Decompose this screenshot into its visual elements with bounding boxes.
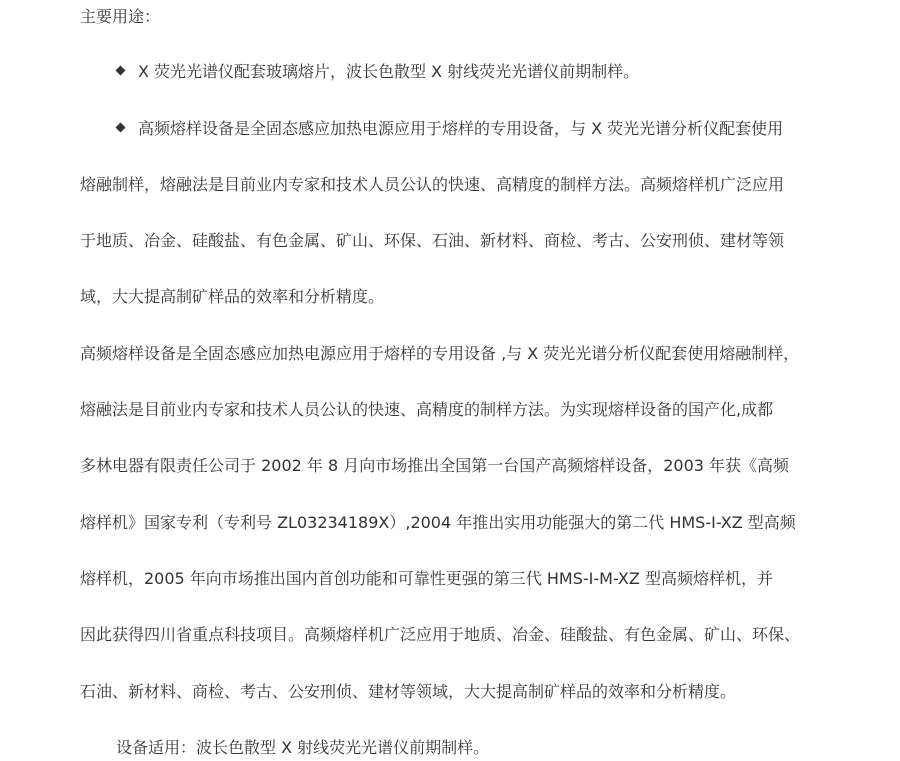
paragraph-line-3: 多林电器有限责任公司于 2002 年 8 月向市场推出全国第一台国产高频熔样设备… — [80, 455, 789, 477]
bullet-item-2-line-3: 于地质、冶金、硅酸盐、有色金属、矿山、环保、石油、新材料、商检、考古、公安刑侦、… — [80, 230, 784, 252]
bullet-item-2-line-2: 熔融制样，熔融法是目前业内专家和技术人员公认的快速、高精度的制样方法。高频熔样机… — [80, 174, 784, 196]
paragraph-line-4: 熔样机》国家专利（专利号 ZL03234189X）,2004 年推出实用功能强大… — [80, 512, 796, 534]
bullet-item-2: 高频熔样设备是全固态感应加热电源应用于熔样的专用设备，与 X 荧光光谱分析仪配套… — [117, 118, 783, 140]
bullet-item-1: X 荧光光谱仪配套玻璃熔片，波长色散型 X 射线荧光光谱仪前期制样。 — [117, 61, 639, 83]
paragraph-line-5: 熔样机，2005 年向市场推出国内首创功能和可靠性更强的第三代 HMS-I-M-… — [80, 568, 773, 590]
section-heading: 主要用途： — [80, 6, 160, 28]
paragraph-line-1: 高频熔样设备是全固态感应加热电源应用于熔样的专用设备 ,与 X 荧光光谱分析仪配… — [80, 343, 799, 365]
applicability-note: 设备适用：波长色散型 X 射线荧光光谱仪前期制样。 — [116, 737, 489, 759]
paragraph-line-6: 因此获得四川省重点科技项目。高频熔样机广泛应用于地质、冶金、硅酸盐、有色金属、矿… — [80, 624, 800, 646]
paragraph-line-2: 熔融法是目前业内专家和技术人员公认的快速、高精度的制样方法。为实现熔样设备的国产… — [80, 399, 773, 421]
bullet-text: 高频熔样设备是全固态感应加热电源应用于熔样的专用设备，与 X 荧光光谱分析仪配套… — [138, 119, 783, 138]
diamond-bullet-icon — [116, 123, 126, 133]
paragraph-line-7: 石油、新材料、商检、考古、公安刑侦、建材等领域，大大提高制矿样品的效率和分析精度… — [80, 681, 736, 703]
bullet-text: X 荧光光谱仪配套玻璃熔片，波长色散型 X 射线荧光光谱仪前期制样。 — [138, 62, 639, 81]
bullet-item-2-line-4: 域，大大提高制矿样品的效率和分析精度。 — [80, 286, 384, 308]
diamond-bullet-icon — [116, 66, 126, 76]
